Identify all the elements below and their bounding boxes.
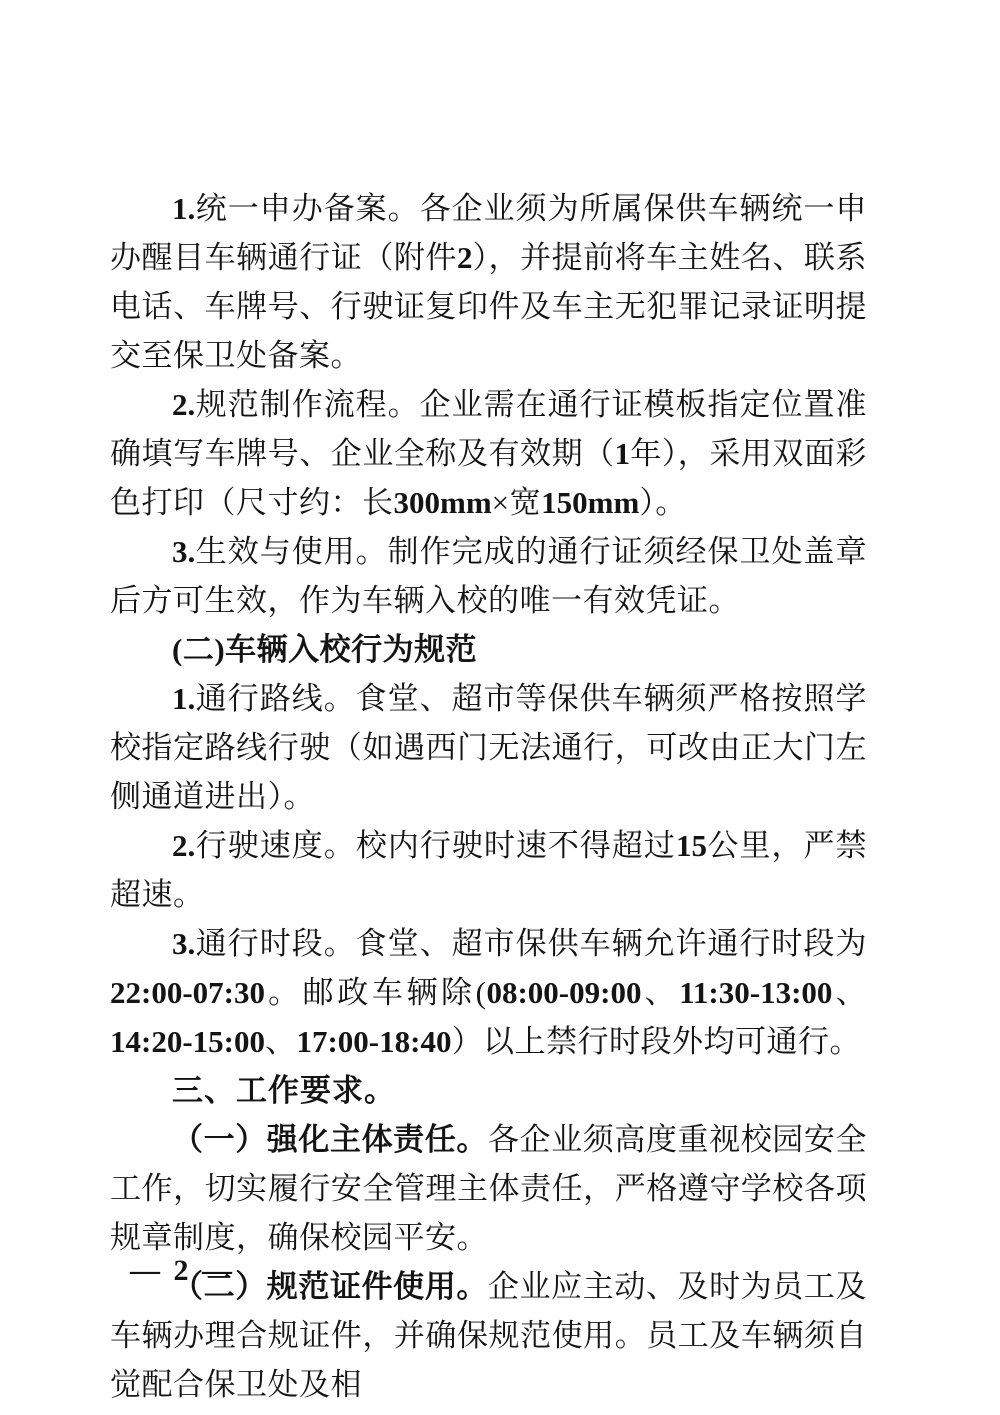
- section-heading: 三、工作要求。: [110, 1066, 867, 1115]
- text-run: 通行时段。食堂、超市保供车辆允许通行时段为: [195, 926, 867, 961]
- text-run: ）以上禁行时段外均可通行。: [451, 1024, 861, 1059]
- text-run: (二)车辆入校行为规范: [172, 632, 477, 667]
- emphasis-number: 17:00-18:40: [296, 1024, 451, 1059]
- document-page: 1.统一申办备案。各企业须为所属保供车辆统一申办醒目车辆通行证（附件2），并提前…: [0, 0, 1000, 1415]
- paragraph: 2.规范制作流程。企业需在通行证模板指定位置准确填写车牌号、企业全称及有效期（1…: [110, 380, 867, 527]
- text-run: 、: [265, 1024, 297, 1059]
- emphasis-number: 1: [615, 436, 631, 471]
- paragraph: 2.行驶速度。校内行驶时速不得超过15公里，严禁超速。: [110, 821, 867, 919]
- paragraph: 3.生效与使用。制作完成的通行证须经保卫处盖章后方可生效，作为车辆入校的唯一有效…: [110, 527, 867, 625]
- emphasis-number: 3.: [172, 926, 195, 961]
- emphasis-number: 1.: [172, 191, 195, 226]
- emphasis-number: 3.: [172, 534, 195, 569]
- paragraph: 1.通行路线。食堂、超市等保供车辆须严格按照学校指定路线行驶（如遇西门无法通行，…: [110, 674, 867, 821]
- emphasis-number: 2.: [172, 828, 195, 863]
- text-run: 生效与使用。制作完成的通行证须经保卫处盖章后方可生效，作为车辆入校的唯一有效凭证…: [110, 534, 867, 618]
- text-run: 行驶速度。校内行驶时速不得超过: [195, 828, 676, 863]
- emphasis-number: 08:00-09:00: [486, 975, 641, 1010]
- emphasis-number: 22:00-07:30: [110, 975, 265, 1010]
- text-run: （一）强化主体责任。: [172, 1122, 488, 1157]
- emphasis-number: 1.: [172, 681, 195, 716]
- paragraph: （一）强化主体责任。各企业须高度重视校园安全工作，切实履行安全管理主体责任，严格…: [110, 1115, 867, 1262]
- subsection-heading: (二)车辆入校行为规范: [110, 625, 867, 674]
- emphasis-number: 2: [457, 240, 473, 275]
- emphasis-number: 300mm: [394, 485, 492, 520]
- document-body: 1.统一申办备案。各企业须为所属保供车辆统一申办醒目车辆通行证（附件2），并提前…: [110, 184, 867, 1409]
- emphasis-number: 15: [676, 828, 707, 863]
- emphasis-number: 150mm: [541, 485, 639, 520]
- text-run: 、: [832, 975, 867, 1010]
- page-number: — 2 —: [130, 1254, 235, 1288]
- text-run: ）。: [639, 485, 687, 520]
- text-run: 三、工作要求。: [172, 1073, 396, 1108]
- paragraph: 3.通行时段。食堂、超市保供车辆允许通行时段为22:00-07:30。邮政车辆除…: [110, 919, 867, 1066]
- emphasis-number: 11:30-13:00: [679, 975, 832, 1010]
- emphasis-number: 2.: [172, 387, 195, 422]
- text-run: ×宽: [492, 485, 541, 520]
- paragraph: 1.统一申办备案。各企业须为所属保供车辆统一申办醒目车辆通行证（附件2），并提前…: [110, 184, 867, 380]
- emphasis-number: 14:20-15:00: [110, 1024, 265, 1059]
- text-run: 通行路线。食堂、超市等保供车辆须严格按照学校指定路线行驶（如遇西门无法通行，可改…: [110, 681, 867, 814]
- text-run: 。邮政车辆除(: [265, 975, 486, 1010]
- text-run: 、: [641, 975, 679, 1010]
